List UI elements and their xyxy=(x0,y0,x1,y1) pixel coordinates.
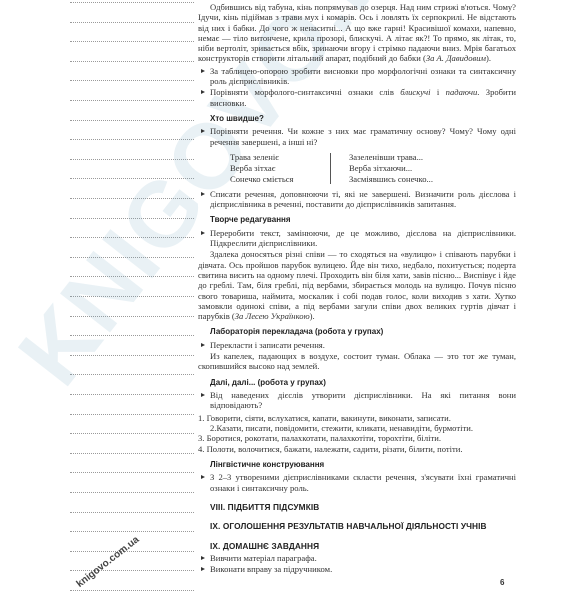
note-line xyxy=(70,453,194,454)
section-homework: IX. ДОМАШНЄ ЗАВДАННЯ xyxy=(210,541,516,551)
comparison-right: Зазеленівши трава... Верба зітхаючи... З… xyxy=(349,152,449,185)
note-line xyxy=(70,198,194,199)
page-content: Одбившись від табуна, кінь попрямував до… xyxy=(198,2,516,576)
note-line xyxy=(70,531,194,532)
note-line xyxy=(70,492,194,493)
task-bullet: З 2–3 утвореними дієприслівниками скласт… xyxy=(198,472,516,493)
note-line xyxy=(70,120,194,121)
creative-text: Здалека доносяться різні співи — то сход… xyxy=(198,249,516,321)
source-citation: За А. Давидовим xyxy=(426,53,486,63)
page-number: 6 xyxy=(500,578,504,587)
note-line xyxy=(70,355,194,356)
note-line xyxy=(70,80,194,81)
list-item: 1. Говорити, сіяти, вслухатися, капати, … xyxy=(198,413,516,423)
task-bullet: Порівняти морфолого-синтаксичні ознаки с… xyxy=(198,87,516,108)
heading-further: Далі, далі... (робота у групах) xyxy=(210,378,516,388)
translator-text: Из капелек, падающих в воздухе, состоит … xyxy=(198,351,516,372)
note-line xyxy=(70,374,194,375)
note-line xyxy=(70,100,194,101)
note-line xyxy=(70,22,194,23)
note-line xyxy=(70,472,194,473)
note-line xyxy=(70,61,194,62)
note-line xyxy=(70,433,194,434)
comparison-left: Трава зеленіє Верба зітхає Сонечко смієт… xyxy=(230,152,330,185)
task-bullet: Списати речення, доповнюючи ті, які не з… xyxy=(198,189,516,210)
homework-item: Виконати вправу за підручником. xyxy=(198,564,516,574)
section-summary: VIII. ПІДБИТТЯ ПІДСУМКІВ xyxy=(210,502,516,512)
source-citation: За Лесею Українкою xyxy=(235,311,310,321)
note-line xyxy=(70,2,194,3)
note-line xyxy=(70,41,194,42)
task-bullet: Порівняти речення. Чи кожне з них має гр… xyxy=(198,126,516,147)
note-line xyxy=(70,512,194,513)
note-line xyxy=(70,394,194,395)
note-line xyxy=(70,237,194,238)
task-bullet: Від наведених дієслів утворити дієприслі… xyxy=(198,390,516,411)
heading-translator-lab: Лабораторія перекладача (робота у групах… xyxy=(210,327,516,337)
heading-who-faster: Хто швидше? xyxy=(210,114,516,124)
intro-paragraph: Одбившись від табуна, кінь попрямував до… xyxy=(198,2,516,64)
verb-list: 1. Говорити, сіяти, вслухатися, капати, … xyxy=(198,413,516,455)
task-bullet: Переробити текст, замінюючи, де це можли… xyxy=(198,228,516,249)
note-line xyxy=(70,178,194,179)
list-item: 4. Полоти, волочитися, бажати, належати,… xyxy=(198,444,516,454)
note-line xyxy=(70,414,194,415)
note-line xyxy=(70,335,194,336)
note-line xyxy=(70,590,194,591)
list-item: 2.Казати, писати, повідомити, стежити, к… xyxy=(198,423,516,433)
note-line xyxy=(70,551,194,552)
note-line xyxy=(70,139,194,140)
note-line xyxy=(70,316,194,317)
section-results: IX. ОГОЛОШЕННЯ РЕЗУЛЬТАТІВ НАВЧАЛЬНОЇ ДІ… xyxy=(210,521,516,531)
task-bullet: За таблицею-опорою зробити висновки про … xyxy=(198,66,516,87)
note-line xyxy=(70,159,194,160)
notes-margin xyxy=(70,0,194,600)
note-line xyxy=(70,296,194,297)
divider xyxy=(330,153,331,184)
note-line xyxy=(70,276,194,277)
comparison-table: Трава зеленіє Верба зітхає Сонечко смієт… xyxy=(230,152,516,185)
note-line xyxy=(70,257,194,258)
homework-item: Вивчити матеріал параграфа. xyxy=(198,553,516,563)
note-line xyxy=(70,218,194,219)
heading-linguistic: Лінгвістичне конструювання xyxy=(210,460,516,470)
heading-creative-editing: Творче редагування xyxy=(210,215,516,225)
task-bullet: Перекласти і записати речення. xyxy=(198,340,516,350)
list-item: 3. Боротися, рокотати, палахкотати, пала… xyxy=(198,433,516,443)
